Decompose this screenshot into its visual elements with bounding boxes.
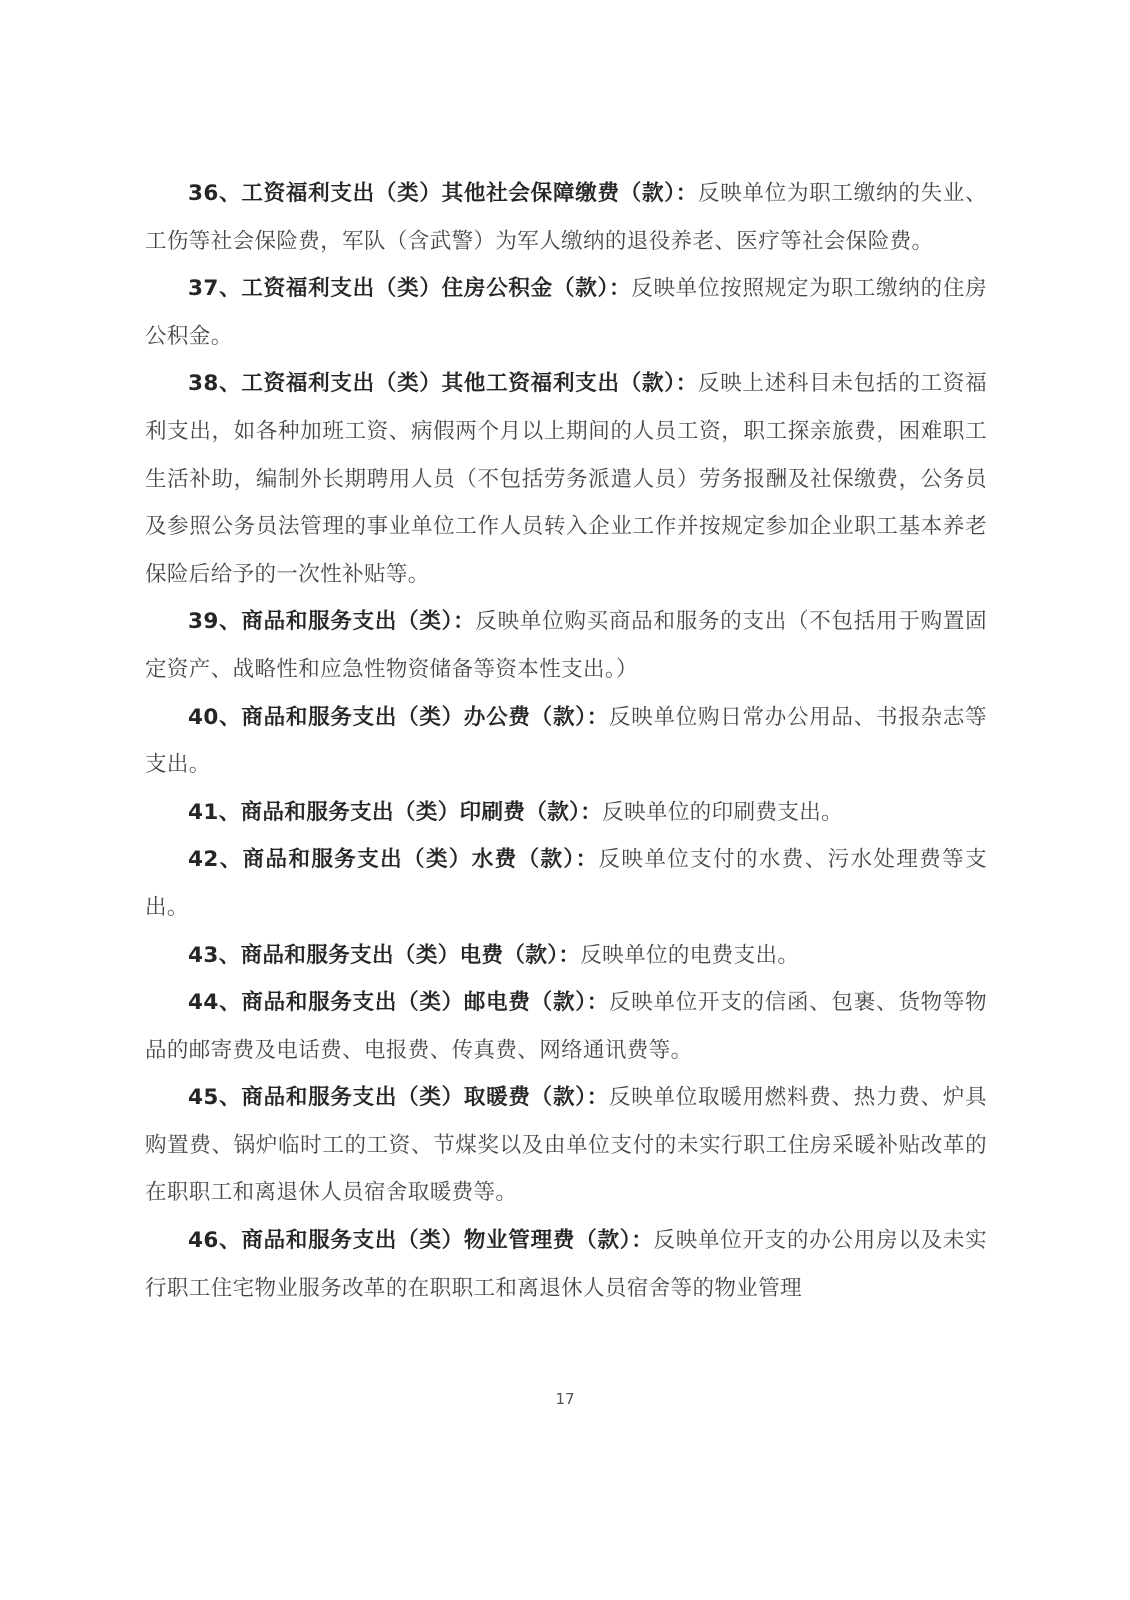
item-heading: 46、商品和服务支出（类）物业管理费（款）： (188, 1228, 653, 1253)
expense-item-42: 42、商品和服务支出（类）水费（款）：反映单位支付的水费、污水处理费等支出。 (145, 836, 987, 931)
expense-item-46: 46、商品和服务支出（类）物业管理费（款）：反映单位开支的办公用房以及未实行职工… (145, 1217, 987, 1312)
expense-item-38: 38、工资福利支出（类）其他工资福利支出（款）：反映上述科目未包括的工资福利支出… (145, 360, 987, 598)
expense-item-45: 45、商品和服务支出（类）取暖费（款）：反映单位取暖用燃料费、热力费、炉具购置费… (145, 1074, 987, 1217)
item-heading: 43、商品和服务支出（类）电费（款）： (188, 943, 580, 968)
expense-item-39: 39、商品和服务支出（类）：反映单位购买商品和服务的支出（不包括用于购置固定资产… (145, 598, 987, 693)
page-number: 17 (0, 1390, 1130, 1408)
item-heading: 42、商品和服务支出（类）水费（款）： (188, 847, 599, 872)
item-heading: 44、商品和服务支出（类）邮电费（款）： (188, 990, 609, 1015)
item-body: 反映上述科目未包括的工资福利支出，如各种加班工资、病假两个月以上期间的人员工资，… (145, 371, 987, 586)
item-heading: 36、工资福利支出（类）其他社会保障缴费（款）： (188, 181, 698, 206)
expense-item-44: 44、商品和服务支出（类）邮电费（款）：反映单位开支的信函、包裹、货物等物品的邮… (145, 979, 987, 1074)
expense-item-37: 37、工资福利支出（类）住房公积金（款）：反映单位按照规定为职工缴纳的住房公积金… (145, 265, 987, 360)
item-heading: 45、商品和服务支出（类）取暖费（款）： (188, 1085, 609, 1110)
item-body: 反映单位的电费支出。 (580, 943, 799, 968)
item-heading: 39、商品和服务支出（类）： (188, 609, 475, 634)
document-page: 36、工资福利支出（类）其他社会保障缴费（款）：反映单位为职工缴纳的失业、工伤等… (0, 0, 1130, 1600)
expense-item-43: 43、商品和服务支出（类）电费（款）：反映单位的电费支出。 (145, 932, 987, 980)
item-heading: 37、工资福利支出（类）住房公积金（款）： (188, 276, 631, 301)
item-heading: 41、商品和服务支出（类）印刷费（款）： (188, 800, 602, 825)
item-body: 反映单位的印刷费支出。 (602, 800, 843, 825)
item-heading: 40、商品和服务支出（类）办公费（款）： (188, 705, 609, 730)
expense-item-40: 40、商品和服务支出（类）办公费（款）：反映单位购日常办公用品、书报杂志等支出。 (145, 694, 987, 789)
expense-item-41: 41、商品和服务支出（类）印刷费（款）：反映单位的印刷费支出。 (145, 789, 987, 837)
expense-item-36: 36、工资福利支出（类）其他社会保障缴费（款）：反映单位为职工缴纳的失业、工伤等… (145, 170, 987, 265)
item-heading: 38、工资福利支出（类）其他工资福利支出（款）： (188, 371, 698, 396)
document-body: 36、工资福利支出（类）其他社会保障缴费（款）：反映单位为职工缴纳的失业、工伤等… (145, 170, 987, 1312)
